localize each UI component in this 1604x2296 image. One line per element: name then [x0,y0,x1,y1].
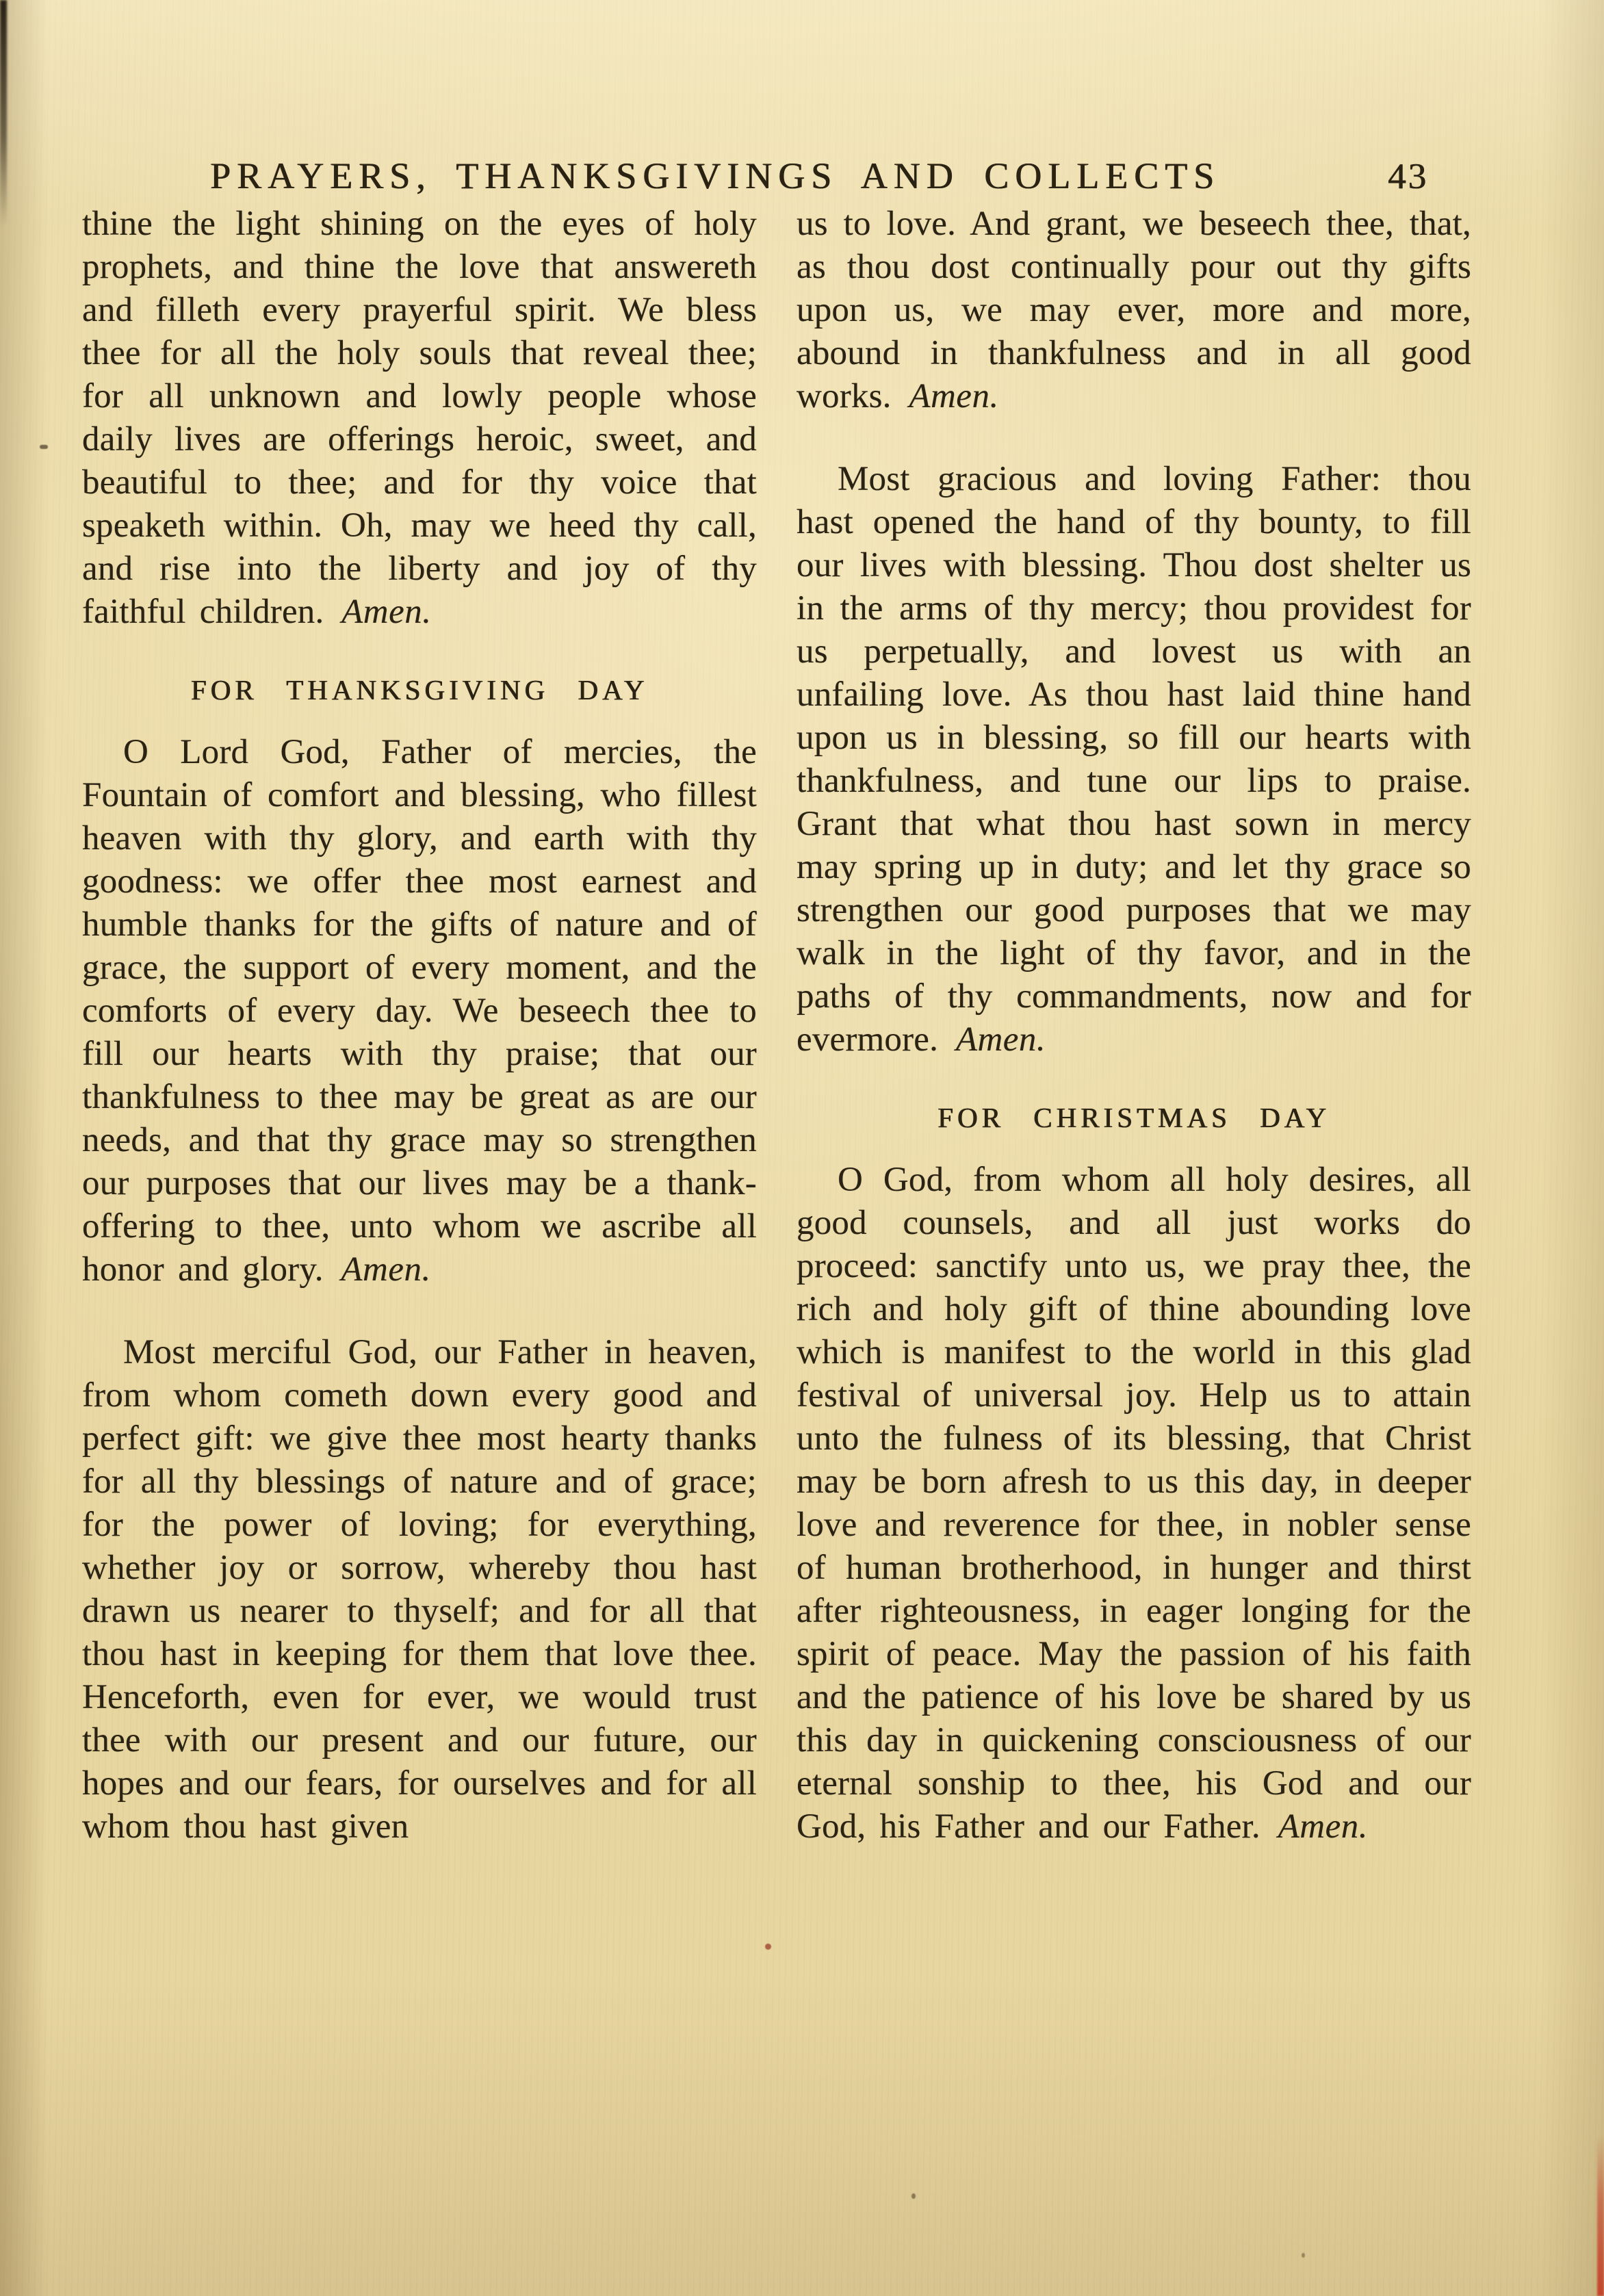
amen-italic: Amen. [1278,1807,1368,1846]
right-column: us to love. And grant, we beseech thee, … [797,203,1471,1888]
amen-italic: Amen. [341,1250,430,1289]
scan-speck [765,1944,771,1950]
prayer-paragraph: us to love. And grant, we beseech thee, … [797,203,1471,418]
section-heading: FOR THANKSGIVING DAY [82,673,757,706]
scan-edge-shadow [0,0,7,226]
running-header: PRAYERS, THANKSGIVINGS AND COLLECTS [195,155,1235,197]
amen-italic: Amen. [956,1020,1046,1059]
left-column: thine the light shining on the eyes of h… [82,203,757,1888]
amen-italic: Amen. [341,593,431,631]
red-page-edge [1597,2135,1604,2296]
page-header-title: PRAYERS, THANKSGIVINGS AND COLLECTS [210,155,1220,196]
prayer-paragraph: Most gracious and loving Father: thou ha… [797,458,1471,1061]
amen-italic: Amen. [909,377,998,415]
prayer-paragraph: thine the light shining on the eyes of h… [82,203,757,634]
prayer-paragraph: Most merciful God, our Father in heaven,… [82,1331,757,1848]
book-page-scan: PRAYERS, THANKSGIVINGS AND COLLECTS 43 t… [0,0,1604,2296]
section-heading: FOR CHRISTMAS DAY [797,1101,1471,1134]
scan-speck [1302,2253,1305,2258]
scan-speck [911,2193,916,2199]
prayer-paragraph: O God, from whom all holy desires, all g… [797,1159,1471,1848]
scan-speck [40,445,48,449]
text-columns: thine the light shining on the eyes of h… [0,203,1604,1888]
page-number: 43 [1388,156,1428,197]
prayer-paragraph: O Lord God, Father of mercies, the Fount… [82,731,757,1291]
